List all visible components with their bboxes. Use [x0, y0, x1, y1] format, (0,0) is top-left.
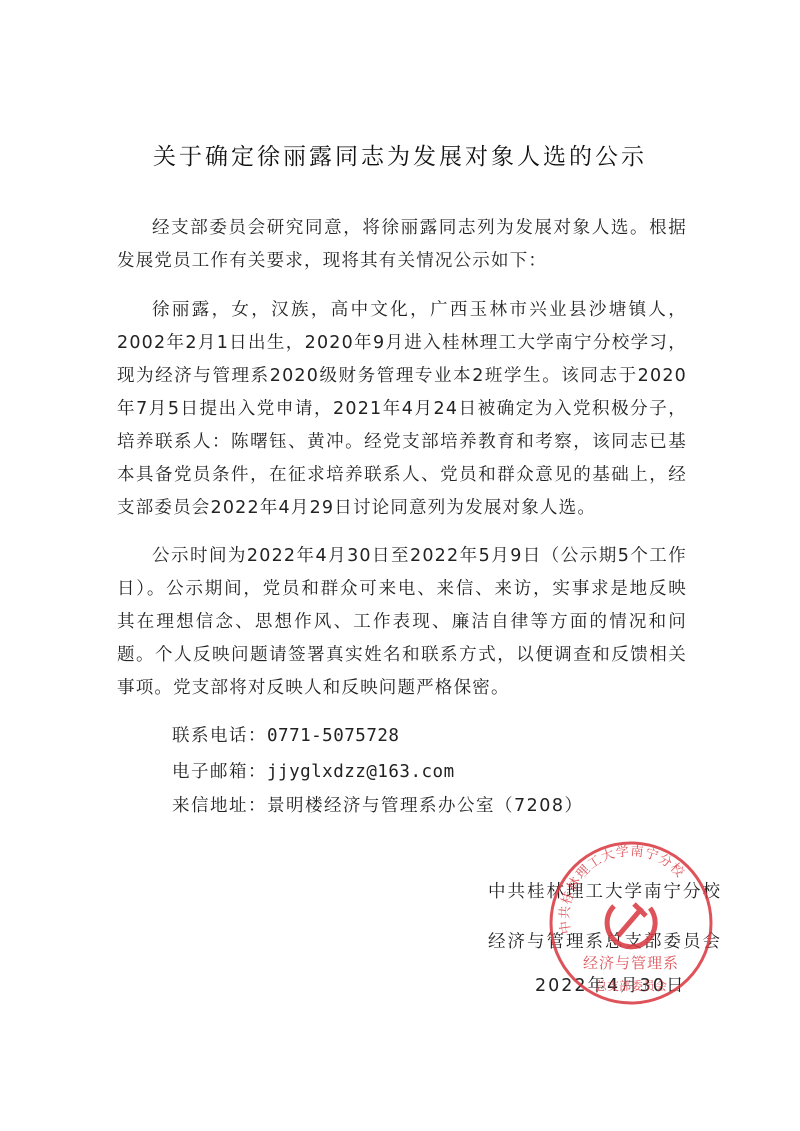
document-title: 关于确定徐丽露同志为发展对象人选的公示: [0, 138, 800, 171]
intro-paragraph: 经支部委员会研究同意，将徐丽露同志列为发展对象人选。根据发展党员工作有关要求，现…: [117, 212, 687, 278]
contact-phone: 联系电话：0771-5075728: [172, 722, 399, 747]
email-value: jjyglxdzz@163.com: [267, 762, 455, 782]
address-value: 景明楼经济与管理系办公室（7208）: [267, 796, 584, 816]
publicity-period-paragraph: 公示时间为2022年4月30日至2022年5月9日（公示期5个工作日）。公示期间…: [117, 540, 687, 705]
contact-email: 电子邮箱：jjyglxdzz@163.com: [172, 758, 455, 783]
candidate-info-paragraph: 徐丽露，女，汉族，高中文化，广西玉林市兴业县沙塘镇人，2002年2月1日出生，2…: [117, 294, 687, 525]
stamp-center-text: 经济与管理系: [583, 954, 679, 972]
contact-address: 来信地址：景明楼经济与管理系办公室（7208）: [172, 792, 584, 817]
phone-label: 联系电话：: [172, 726, 267, 746]
phone-value: 0771-5075728: [267, 726, 399, 746]
signature-org-line2: 经济与管理系总支部委员会: [488, 928, 722, 953]
signature-date: 2022年4月30日: [535, 972, 685, 997]
signature-org-line1: 中共桂林理工大学南宁分校: [488, 878, 722, 903]
email-label: 电子邮箱：: [172, 762, 267, 782]
address-label: 来信地址：: [172, 796, 267, 816]
